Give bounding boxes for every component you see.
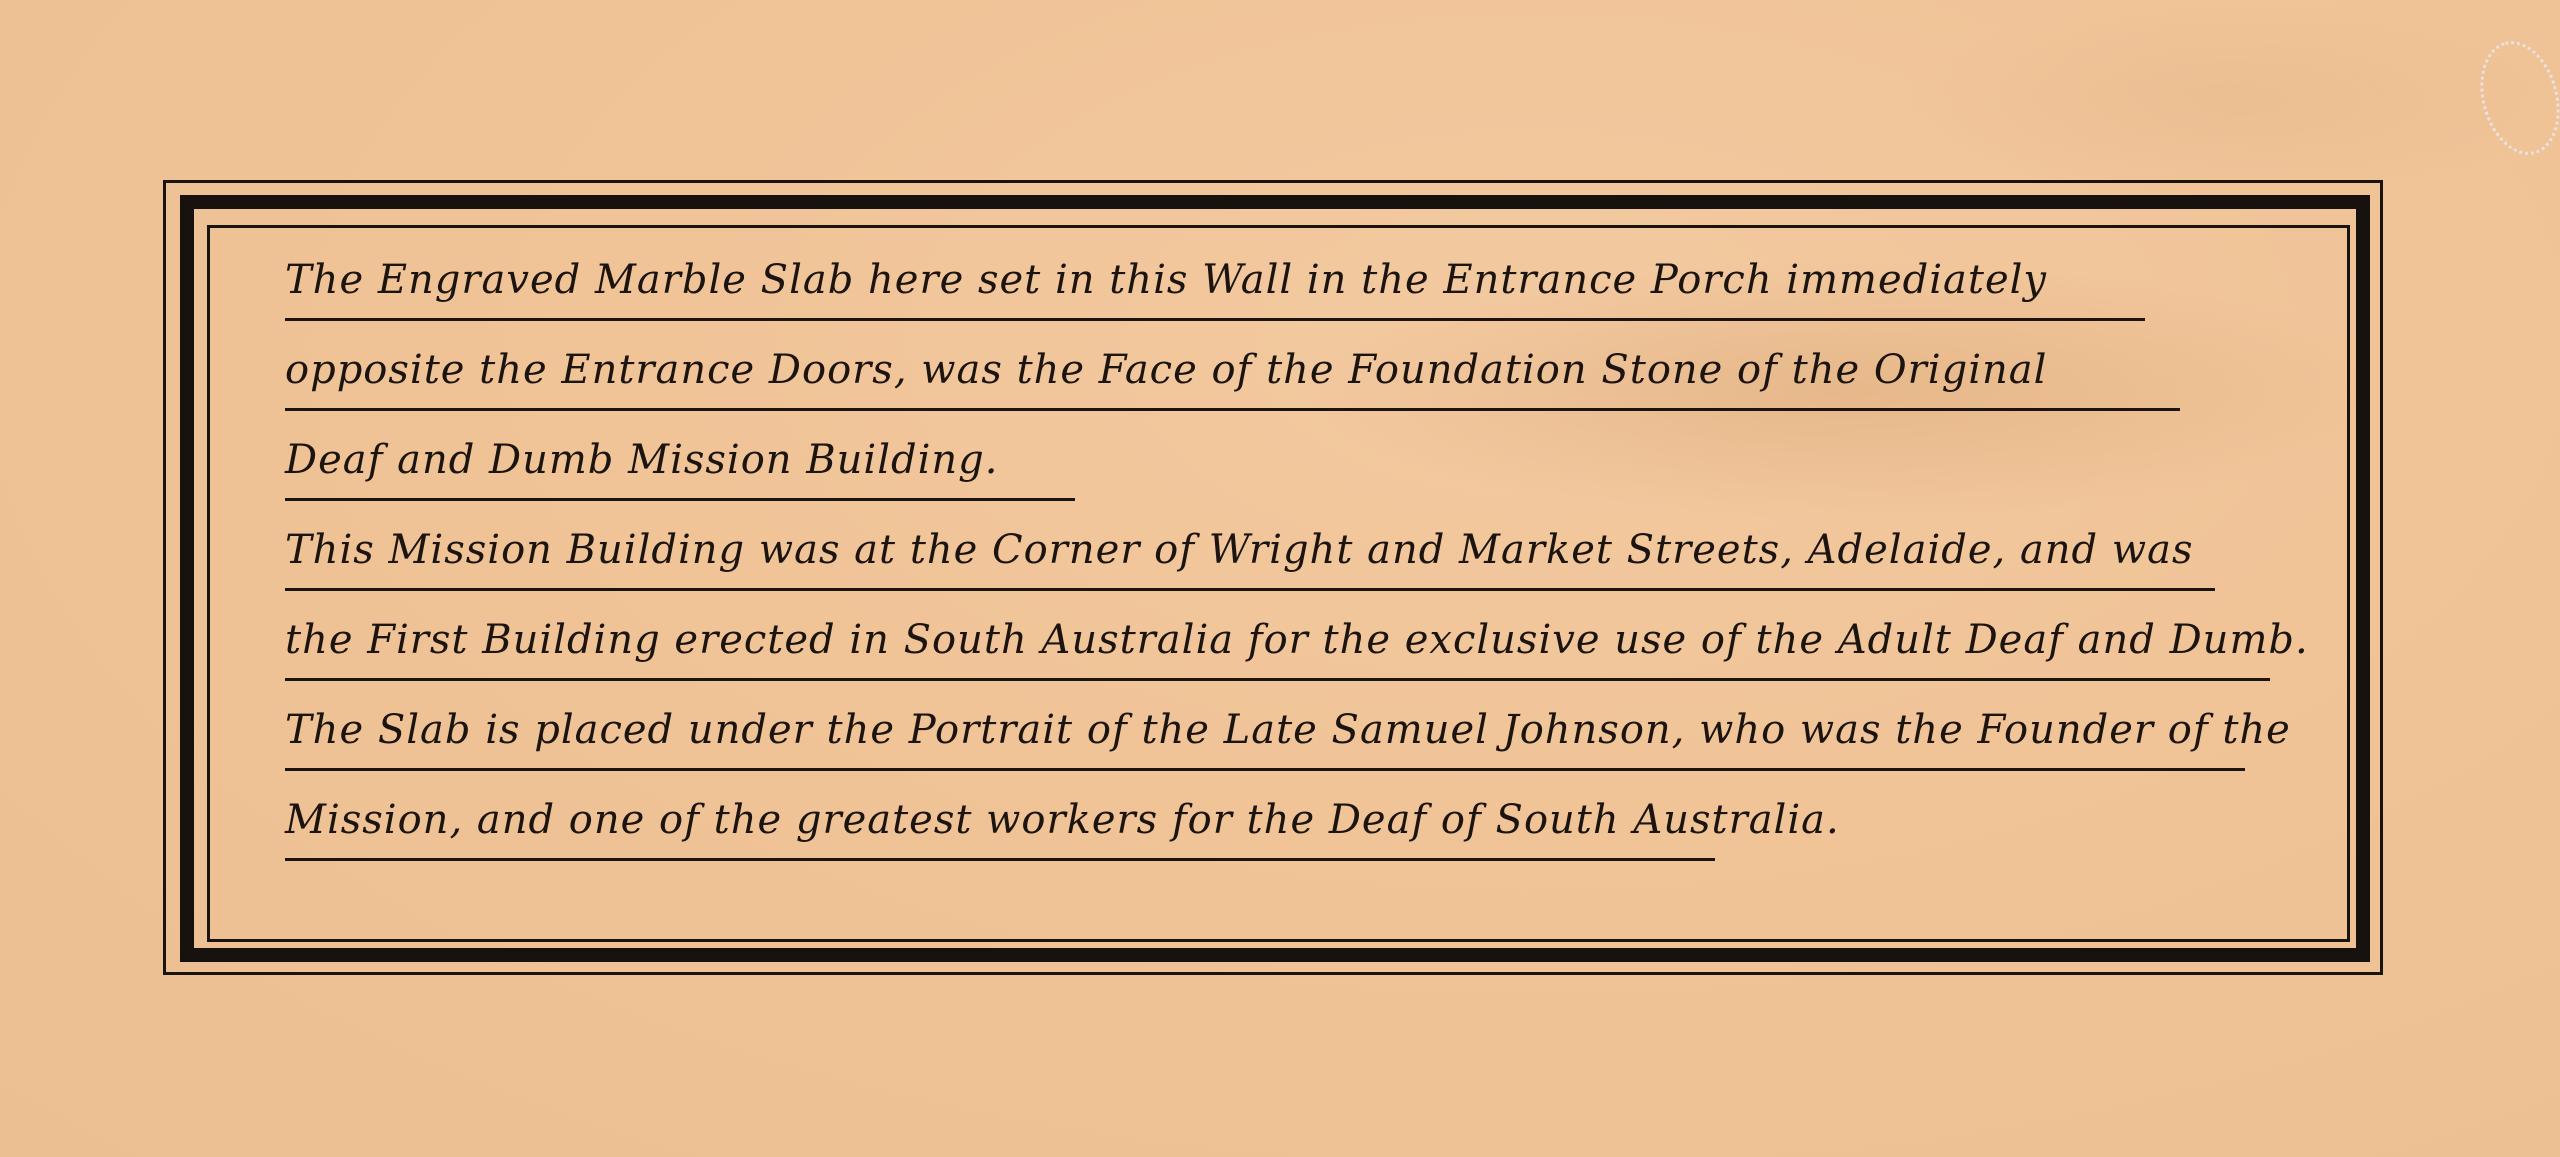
inscription-line: The Engraved Marble Slab here set in thi… (285, 250, 2305, 340)
line-text: Mission, and one of the greatest workers… (285, 797, 1840, 843)
line-text: This Mission Building was at the Corner … (285, 527, 2193, 573)
inscription-text: The Engraved Marble Slab here set in thi… (285, 250, 2305, 880)
line-text: Deaf and Dumb Mission Building. (285, 437, 999, 483)
underline (285, 318, 2145, 321)
underline (285, 498, 1075, 501)
line-text: The Slab is placed under the Portrait of… (285, 707, 2291, 753)
underline (285, 768, 2245, 771)
line-text: opposite the Entrance Doors, was the Fac… (285, 347, 2047, 393)
line-text: the First Building erected in South Aust… (285, 617, 2309, 663)
water-stain (1900, 0, 2560, 200)
inscription-line: opposite the Entrance Doors, was the Fac… (285, 340, 2305, 430)
inscription-line: the First Building erected in South Aust… (285, 610, 2305, 700)
underline (285, 408, 2180, 411)
line-text: The Engraved Marble Slab here set in thi… (285, 257, 2047, 303)
paper-damage-ring (2468, 32, 2560, 164)
underline (285, 858, 1715, 861)
inscription-line: Mission, and one of the greatest workers… (285, 790, 2305, 880)
underline (285, 678, 2270, 681)
inscription-line: Deaf and Dumb Mission Building. (285, 430, 2305, 520)
inscription-line: The Slab is placed under the Portrait of… (285, 700, 2305, 790)
underline (285, 588, 2215, 591)
inscription-line: This Mission Building was at the Corner … (285, 520, 2305, 610)
